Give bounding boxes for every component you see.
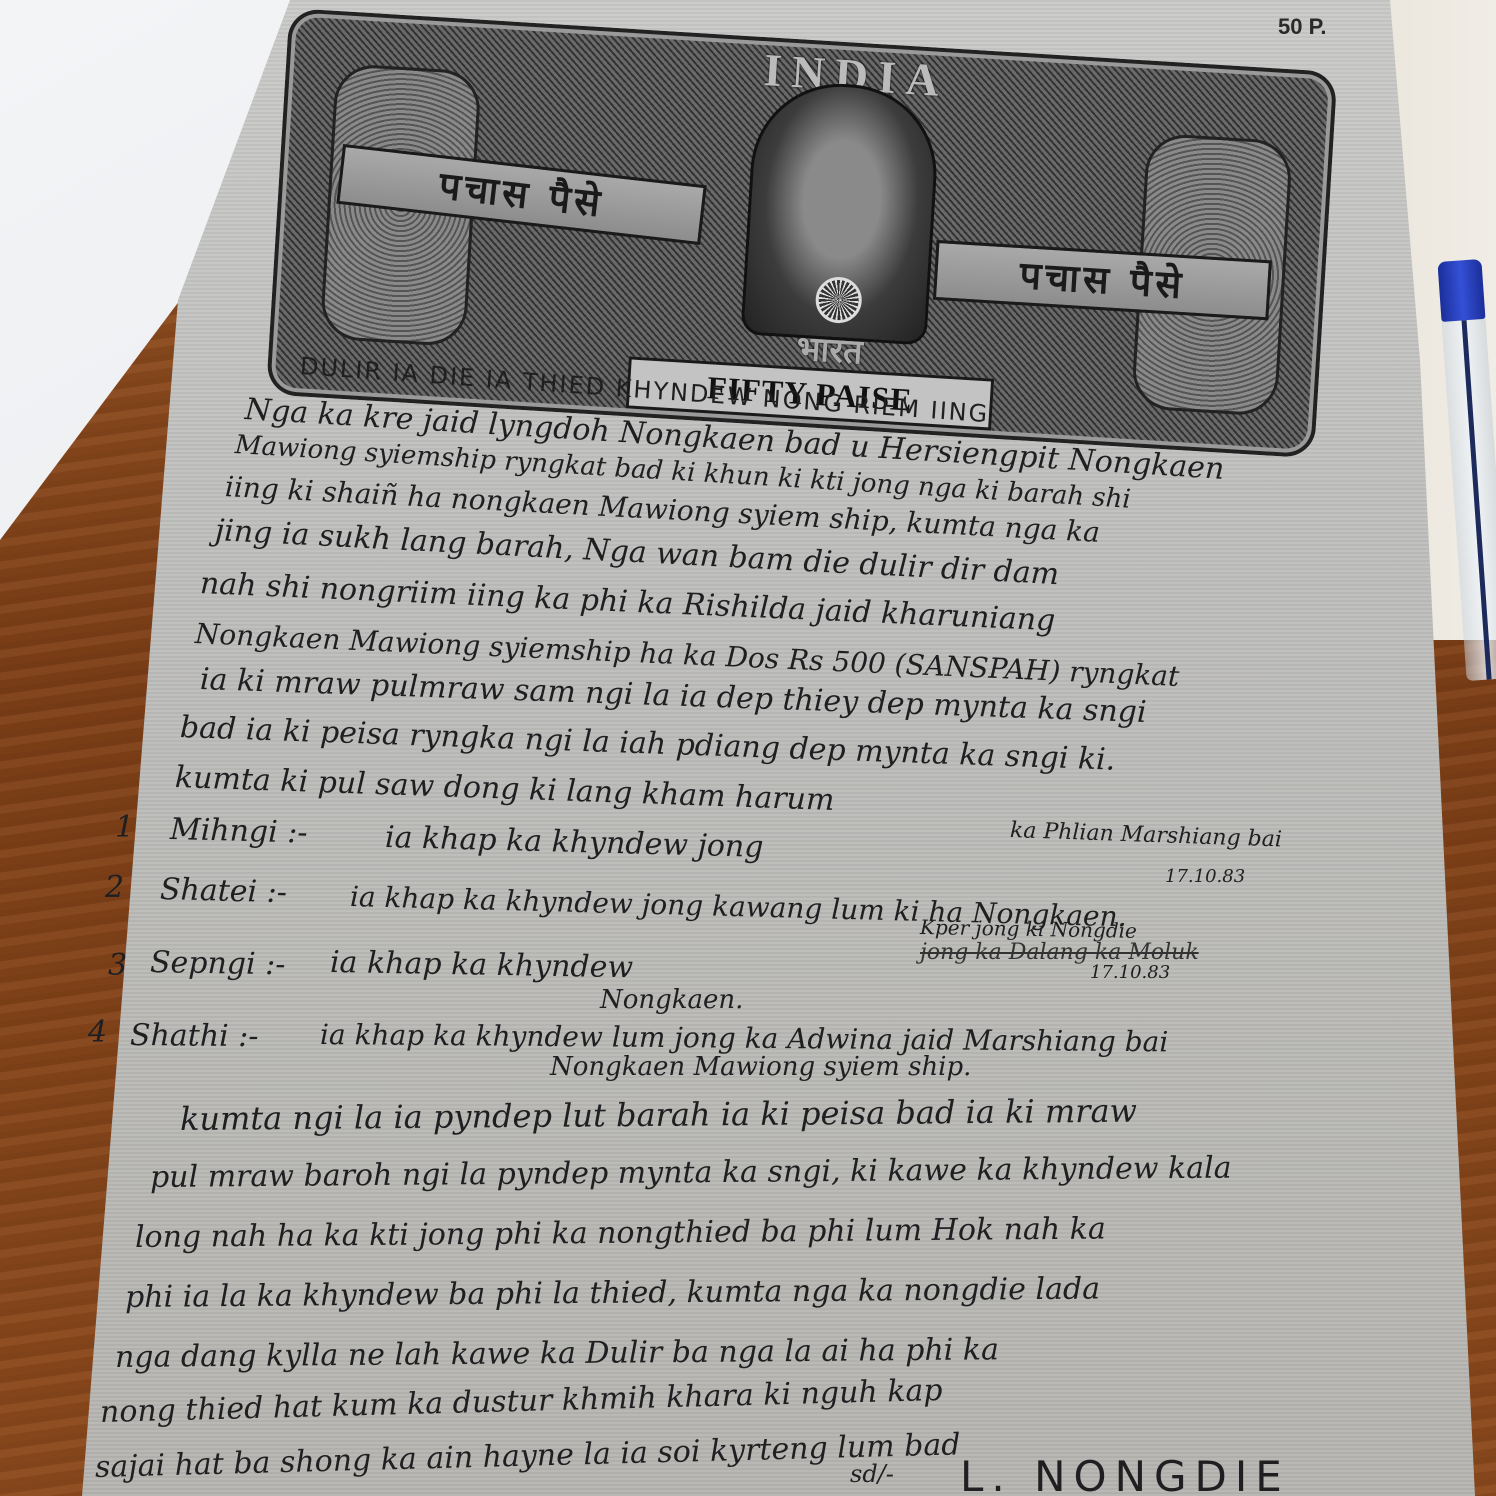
boundary-number: 3 <box>108 948 127 983</box>
boundary-continuation: Nongkaen. <box>600 985 743 1015</box>
dharma-chakra-icon <box>814 276 863 325</box>
ashoka-lion-emblem-icon <box>740 79 941 346</box>
boundary-direction: Mihngi :- <box>170 812 308 851</box>
stamp-denomination: 50 P. <box>1278 14 1327 40</box>
boundary-direction: Shatei :- <box>160 872 288 910</box>
boundary-number: 2 <box>105 870 124 905</box>
pen-cap <box>1437 259 1485 322</box>
correction-initials-date: 17.10.83 <box>1165 866 1245 887</box>
boundary-number: 4 <box>88 1015 107 1050</box>
boundary-direction: Shathi :- <box>130 1018 259 1054</box>
pen-ink-refill <box>1462 320 1492 679</box>
signature-label: sd/- <box>850 1460 894 1488</box>
boundary-text: ia khap ka khyndew <box>330 945 634 985</box>
boundary-number: 1 <box>115 810 134 845</box>
boundary-direction: Sepngi :- <box>150 945 286 982</box>
boundary-correction: Kper jong ki Nongdie <box>920 915 1137 943</box>
boundary-continuation: Nongkaen Mawiong syiem ship. <box>550 1052 971 1082</box>
signature-name: L. NONGDIE <box>960 1452 1290 1496</box>
correction-initials-date: 17.10.83 <box>1090 962 1170 983</box>
